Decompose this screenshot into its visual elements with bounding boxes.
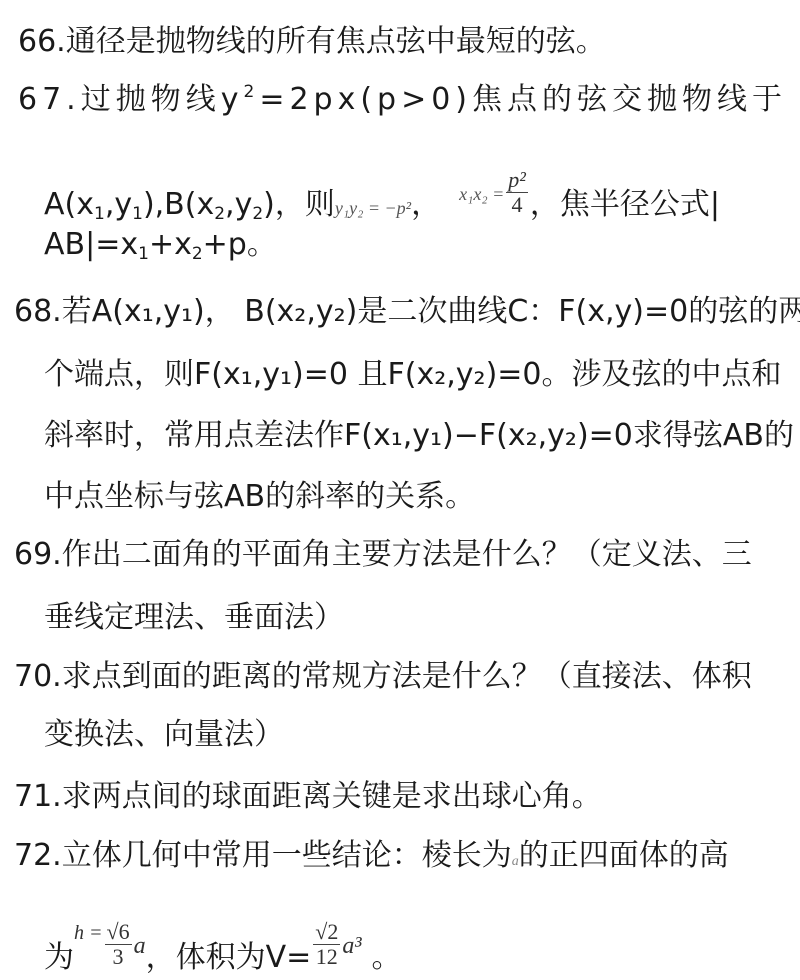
focal-radius-label: ，焦半径公式| <box>530 187 720 222</box>
point-b-text: ),B(x <box>143 187 214 222</box>
item-66: 66.通径是抛物线的所有焦点弦中最短的弦。 <box>18 22 606 62</box>
height-formula-variable: a <box>134 933 146 959</box>
parabola-eq-y: y <box>221 82 244 117</box>
volume-formula-variable: a³ <box>342 933 361 959</box>
item-72-prefix: 72.立体几何中常用一些结论：棱长为 <box>14 838 512 873</box>
item-68-text: 个端点，则F(x₁,y₁)=0 且F(x₂,y₂)=0。涉及弦的中点和 <box>44 357 782 392</box>
item-69-line-2: 垂线定理法、垂面法） <box>44 598 344 638</box>
subscript: 1 <box>138 244 149 264</box>
fraction-numerator: √6 <box>105 920 132 945</box>
item-68-text: 68.若A(x₁,y₁)， B(x₂,y₂)是二次曲线C：F(x,y)=0的弦的… <box>14 294 800 329</box>
item-71-text: 71.求两点间的球面距离关键是求出球心角。 <box>14 779 602 814</box>
subscript: 2 <box>214 204 225 224</box>
item-67-line-2: A(x1,y1),B(x2,y2)，则y₁y₂ = −p²，x₁x₂ =p²4，… <box>44 168 720 228</box>
item-67-prefix: 67.过抛物线 <box>18 82 221 117</box>
focal-radius-text: +x <box>149 227 192 262</box>
fraction-numerator: p² <box>506 168 528 193</box>
subscript: 1 <box>94 204 105 224</box>
volume-formula-fraction: √212 <box>313 920 340 969</box>
item-72-for-text: 为 <box>44 940 74 975</box>
item-70-text: 变换法、向量法） <box>44 717 284 752</box>
fraction-denominator: 12 <box>313 945 340 969</box>
focal-radius-text: +p。 <box>203 227 277 262</box>
item-72-suffix: 的正四面体的高 <box>519 838 729 873</box>
fraction-denominator: 3 <box>105 945 132 969</box>
item-69-text: 69.作出二面角的平面角主要方法是什么？（定义法、三 <box>14 537 752 572</box>
focal-radius-text: AB|=x <box>44 227 138 262</box>
subscript: 2 <box>252 204 263 224</box>
item-71-line-1: 71.求两点间的球面距离关键是求出球心角。 <box>14 777 602 817</box>
height-formula-fraction: √63 <box>105 920 132 969</box>
item-67-suffix: 焦点的弦交抛物线于 <box>472 82 787 117</box>
formula-x1x2-fraction: p²4 <box>506 168 528 217</box>
point-b-text: ,y <box>225 187 252 222</box>
formula-x1x2-left: x₁x₂ = <box>459 184 504 204</box>
item-68-line-1: 68.若A(x₁,y₁)， B(x₂,y₂)是二次曲线C：F(x,y)=0的弦的… <box>14 292 800 332</box>
item-68-line-2: 个端点，则F(x₁,y₁)=0 且F(x₂,y₂)=0。涉及弦的中点和 <box>44 355 782 395</box>
item-70-text: 70.求点到面的距离的常规方法是什么？（直接法、体积 <box>14 659 752 694</box>
item-70-line-2: 变换法、向量法） <box>44 715 284 755</box>
point-a-text: ,y <box>105 187 132 222</box>
fraction-numerator: √2 <box>313 920 340 945</box>
item-69-line-1: 69.作出二面角的平面角主要方法是什么？（定义法、三 <box>14 535 752 575</box>
item-67-line-3: AB|=x1+x2+p。 <box>44 225 277 265</box>
parabola-eq-exponent: 2 <box>243 82 259 102</box>
parabola-eq-rest: =2px(p>0) <box>259 82 472 117</box>
period: 。 <box>372 940 402 975</box>
subscript: 2 <box>192 244 203 264</box>
item-68-line-3: 斜率时，常用点差法作F(x₁,y₁)−F(x₂,y₂)=0求得弦AB的 <box>44 416 794 456</box>
item-68-text: 斜率时，常用点差法作F(x₁,y₁)−F(x₂,y₂)=0求得弦AB的 <box>44 418 794 453</box>
item-70-line-1: 70.求点到面的距离的常规方法是什么？（直接法、体积 <box>14 657 752 697</box>
fraction-denominator: 4 <box>506 193 528 217</box>
edge-length-variable: a <box>512 854 519 869</box>
item-68-text: 中点坐标与弦AB的斜率的关系。 <box>44 479 475 514</box>
item-68-line-4: 中点坐标与弦AB的斜率的关系。 <box>44 477 475 517</box>
item-66-text: 66.通径是抛物线的所有焦点弦中最短的弦。 <box>18 24 606 59</box>
item-69-text: 垂线定理法、垂面法） <box>44 600 344 635</box>
formula-y1y2: y₁y₂ = −p² <box>335 198 411 218</box>
then-text: )，则 <box>263 187 335 222</box>
item-67-line-1: 67.过抛物线y2=2px(p>0)焦点的弦交抛物线于 <box>18 80 787 120</box>
item-72-line-2: 为h =√63a，体积为V=√212a³。 <box>44 908 402 980</box>
volume-label: ，体积为V= <box>146 940 312 975</box>
item-72-line-1: 72.立体几何中常用一些结论：棱长为a的正四面体的高 <box>14 836 729 882</box>
point-a-text: A(x <box>44 187 94 222</box>
comma: ， <box>411 187 441 222</box>
height-formula-left: h = <box>74 922 103 944</box>
subscript: 1 <box>132 204 143 224</box>
